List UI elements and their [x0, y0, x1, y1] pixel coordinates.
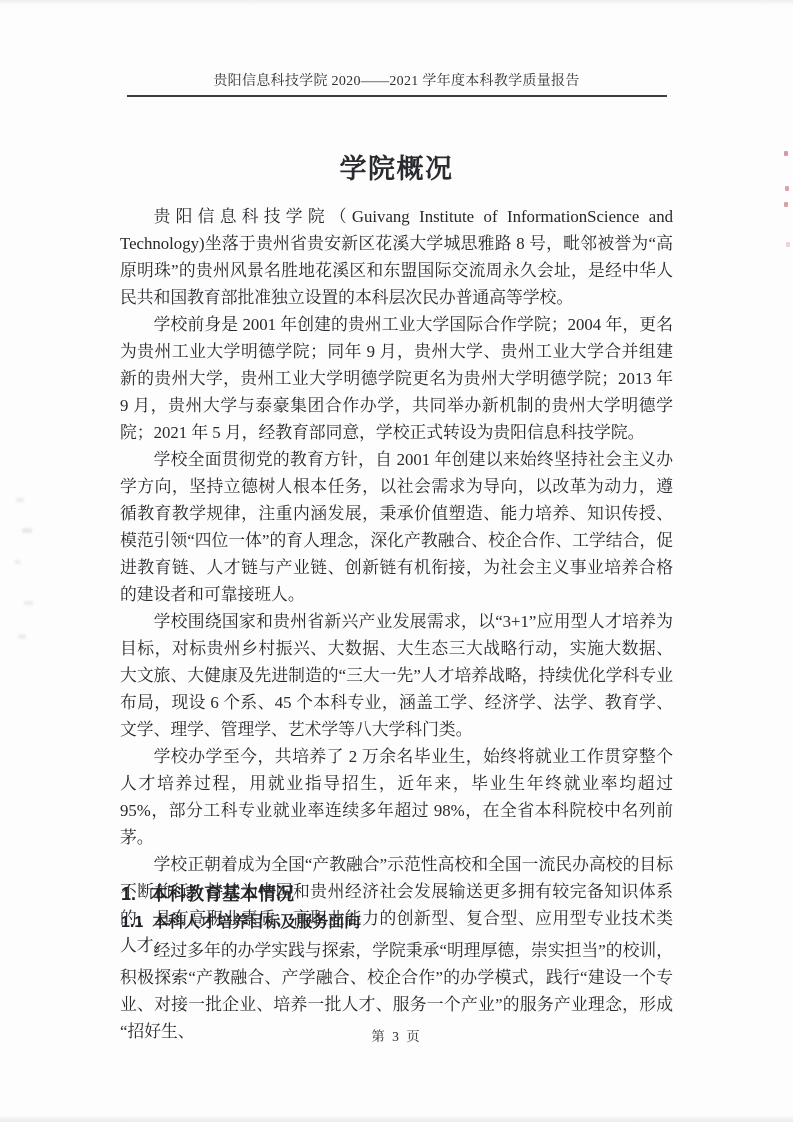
document-page: 贵阳信息科技学院 2020——2021 学年度本科教学质量报告 学院概况 贵阳信… [0, 0, 793, 1122]
section-heading-1-1: 1.1 本科人才培养目标及服务面向 [121, 909, 360, 932]
scan-edge-bottom [0, 1115, 793, 1122]
scan-edge-top [0, 0, 793, 5]
paragraph: 学校办学至今，共培养了 2 万余名毕业生，始终将就业工作贯穿整个人才培养过程，用… [120, 743, 673, 851]
scan-speckle [784, 202, 788, 207]
running-header: 贵阳信息科技学院 2020——2021 学年度本科教学质量报告 [120, 70, 673, 90]
section-title: 本科教育基本情况 [150, 880, 294, 906]
scan-smudge [14, 560, 21, 564]
section-heading-1: 1. 本科教育基本情况 [121, 880, 294, 906]
scan-speckle [786, 242, 790, 247]
paragraph: 学校全面贯彻党的教育方针，自 2001 年创建以来始终坚持社会主义办学方向，坚持… [120, 446, 673, 608]
scan-speckle [784, 151, 788, 156]
paragraph: 贵阳信息科技学院（Guivang Institute of Informatio… [120, 203, 673, 311]
scan-smudge [18, 634, 26, 639]
document-title: 学院概况 [120, 147, 673, 186]
section-number: 1. [121, 884, 136, 905]
scan-smudge [22, 528, 32, 533]
overview-section: 贵阳信息科技学院（Guivang Institute of Informatio… [120, 203, 673, 959]
section-title: 本科人才培养目标及服务面向 [152, 909, 360, 932]
paragraph: 学校围绕国家和贵州省新兴产业发展需求，以“3+1”应用型人才培养为目标，对标贵州… [120, 608, 673, 743]
scan-speckle [785, 186, 789, 191]
paragraph: 学校前身是 2001 年创建的贵州工业大学国际合作学院；2004 年，更名为贵州… [120, 311, 673, 446]
section-number: 1.1 [121, 914, 143, 932]
scan-smudge [24, 601, 33, 605]
page-number: 第 3 页 [120, 1025, 673, 1045]
header-rule [127, 95, 667, 97]
scan-smudge [16, 498, 24, 502]
